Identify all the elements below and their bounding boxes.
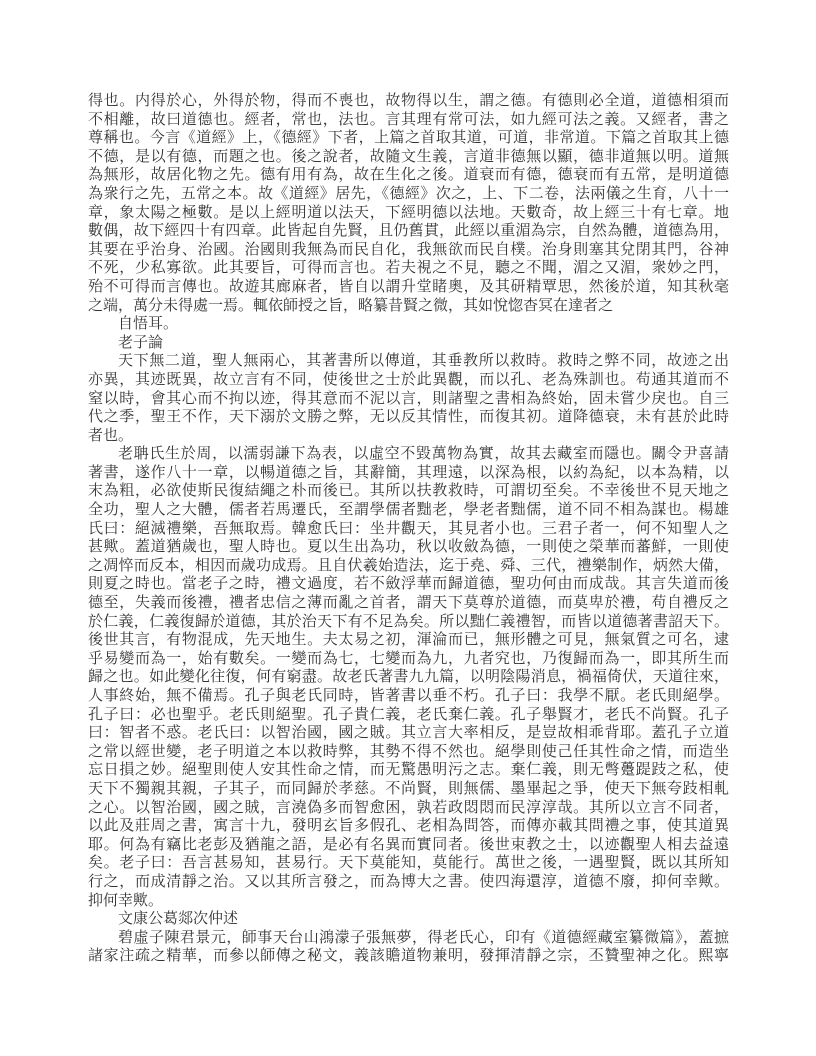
text-line: 者也。 xyxy=(88,427,729,446)
text-line: 矣。老子曰：吾言甚易知，甚易行。天下莫能知，莫能行。萬世之後，一遇聖賢，既以其所… xyxy=(88,854,729,873)
text-line: 殆不可得而言傳也。故遊其廊麻者，皆自以謂升堂睹奧，及其研精覃思，然後於道，知其秋… xyxy=(88,278,729,297)
text-line: 之端，萬分未得處一焉。輒依師授之旨，略纂昔賢之微，其如悅惚杳冥在達者之 xyxy=(88,297,729,316)
text-line: 以此及莊周之書，寓言十九，發明玄旨多假孔、老相為問答，而傳亦載其問禮之事，使其道… xyxy=(88,817,729,836)
text-line: 後世其言，有物混成，先天地生。夫太易之初，渾淪而已，無形體之可見，無氣質之可名，… xyxy=(88,631,729,650)
text-line: 耶。何為有竊比老彭及猶龍之語，是必有名異而實同者。後世束教之士，以迹觀聖人相去益… xyxy=(88,836,729,855)
text-line: 章，象太陽之極數。是以上經明道以法天，下經明德以法地。天數奇，故上經三十有七章。… xyxy=(88,204,729,223)
text-line: 曰：智者不惑。老氏曰：以智治國，國之賊。其立言大率相反，是豈故相乖背耶。蓋孔子立… xyxy=(88,724,729,743)
text-line: 全功，聖人之大體，儒者若馬遷氏，至謂學儒者黜老，學老者黜儒，道不同不相為謀也。楊… xyxy=(88,501,729,520)
text-line: 不相離，故曰道德也。經者，常也，法也。言其理有常可法，如九經可法之義。又經者，書… xyxy=(88,111,729,130)
text-line: 為無形，故居化物之先。德有用有為，故在生化之後。道衰而有德，德衰而有五常，是明道… xyxy=(88,166,729,185)
text-line: 於仁義，仁義復歸於道德，其於治天下有不足為矣。所以黜仁義禮智，而皆以道德著書詔天… xyxy=(88,613,729,632)
text-line: 之心。以智治國，國之賊，言澆偽多而智愈困，孰若政悶悶而民淳淳哉。其所以立言不同者… xyxy=(88,799,729,818)
text-line: 孔子曰：必也聖乎。老氏則絕聖。孔子貴仁義，老氏棄仁義。孔子舉賢才，老氏不尚賢。孔… xyxy=(88,706,729,725)
text-line: 天下不獨親其親，子其子，而同歸於孝慈。不尚賢，則無儒、墨畢起之爭，使天下無夸跂相… xyxy=(88,780,729,799)
text-line: 代之季，聖王不作，天下溺於文勝之弊，无以反其情性，而復其初。道降德衰，未有甚於此… xyxy=(88,408,729,427)
text-line: 行之，而成清靜之治。又以其所言發之，而為博大之書。使四海還淳，道德不廢，抑何幸歟… xyxy=(88,873,729,892)
text-line: 忘日損之妙。絕聖則使人安其性命之情，而无驚愚明污之志。棄仁義，則无彆躉踶跂之私，… xyxy=(88,761,729,780)
text-line: 之凋悴而反本，相因而歲功成焉。且自伏羲始造法，迄于堯、舜、三代，禮樂制作，炳然大… xyxy=(88,557,729,576)
text-block: 得也。内得於心，外得於物，得而不喪也，故物得以生，謂之德。有德則必全道，道德相須… xyxy=(88,92,729,966)
text-line: 甚歟。蓋道猶歲也，聖人時也。夏以生出為功，秋以收斂為德，一則使之榮華而蕃鮮，一則… xyxy=(88,538,729,557)
text-line: 老聃氏生於周，以濡弱謙下為表，以虛空不毀萬物為實，故其去藏室而隱也。關令尹喜請 xyxy=(88,445,729,464)
text-line: 諸家注疏之精華，而參以師傳之秘文，義該贍道物兼明，發揮清靜之宗，丕贊聖神之化。熙… xyxy=(88,947,729,966)
text-line: 自悟耳。 xyxy=(88,315,729,334)
text-line: 文康公葛郯次仲述 xyxy=(88,910,729,929)
text-line: 得也。内得於心，外得於物，得而不喪也，故物得以生，謂之德。有德則必全道，道德相須… xyxy=(88,92,729,111)
text-line: 窒以時，會其心而不拘以迹，得其意而不泥以言，則諸聖之書相為終始，固未嘗少戾也。自… xyxy=(88,390,729,409)
text-line: 老子論 xyxy=(88,334,729,353)
text-line: 數偶，故下經四十有四章。此皆起自先賢，且仍舊貫，此經以重湄為宗，自然為體，道德為… xyxy=(88,222,729,241)
text-line: 尊稱也。今言《道經》上，《德經》下者，上篇之首取其道，可道，非常道。下篇之首取其… xyxy=(88,129,729,148)
text-line: 德至，失義而後禮，禮者忠信之薄而亂之首者，謂天下莫尊於道德，而莫卑於禮，苟自禮反… xyxy=(88,594,729,613)
text-line: 歸之也。如此變化往復，何有窮盡。故老氏著書九九篇，以明陰陽消息，禍福倚伏，天道往… xyxy=(88,668,729,687)
text-line: 不死，少私寡欲。此其要旨，可得而言也。若夫視之不見，聽之不聞，湄之又湄，衆妙之門… xyxy=(88,259,729,278)
text-line: 著書，遂作八十一章，以暢道德之旨，其辭簡，其理遠，以深為根，以約為紀，以本為精，… xyxy=(88,464,729,483)
text-line: 人事終始，無不備焉。孔子與老氏同時，皆著書以垂不朽。孔子曰：我學不厭。老氏則絕學… xyxy=(88,687,729,706)
document-page: 得也。内得於心，外得於物，得而不喪也，故物得以生，謂之德。有德則必全道，道德相須… xyxy=(0,0,816,1056)
text-line: 則夏之時也。當老子之時，禮文過度，若不斂浮華而歸道德，聖功何由而成哉。其言失道而… xyxy=(88,575,729,594)
text-line: 氏曰：絕滅禮樂，吾無取焉。韓愈氏曰：坐井觀天，其見者小也。三君子者一，何不知聖人… xyxy=(88,520,729,539)
text-line: 碧虛子陳君景元，師事天台山鴻濛子張無夢，得老氏心，印有《道德經藏室纂微篇》，蓋摭 xyxy=(88,929,729,948)
text-line: 抑何幸歟。 xyxy=(88,892,729,911)
text-line: 其要在乎治身、治國。治國則我無為而民自化，我無欲而民自樸。治身則塞其兌閉其門，谷… xyxy=(88,241,729,260)
text-line: 為衆行之先，五常之本。故《道經》居先，《德經》次之，上、下二卷，法兩儀之生育，八… xyxy=(88,185,729,204)
text-line: 亦異，其迹既異，故立言有不同，使後世之士於此異觀，而以孔、老為殊訓也。苟通其道而… xyxy=(88,371,729,390)
text-line: 之常以經世變，老子明道之本以救時弊，其勢不得不然也。絕學則使己任其性命之情，而造… xyxy=(88,743,729,762)
text-line: 末為粗，必欲使斯民復結繩之朴而後已。其所以扶教救時，可謂切至矣。不幸後世不見天地… xyxy=(88,482,729,501)
text-line: 不德，是以有德，而題之也。後之說者，故隨文生義，言道非德無以顯，德非道無以明。道… xyxy=(88,148,729,167)
text-line: 天下無二道，聖人無兩心，其著書所以傳道，其垂教所以救時。救時之弊不同，故迹之出 xyxy=(88,352,729,371)
text-line: 乎易變而為一，始有數矣。一變而為七，七變而為九，九者究也，乃復歸而為一，即其所生… xyxy=(88,650,729,669)
